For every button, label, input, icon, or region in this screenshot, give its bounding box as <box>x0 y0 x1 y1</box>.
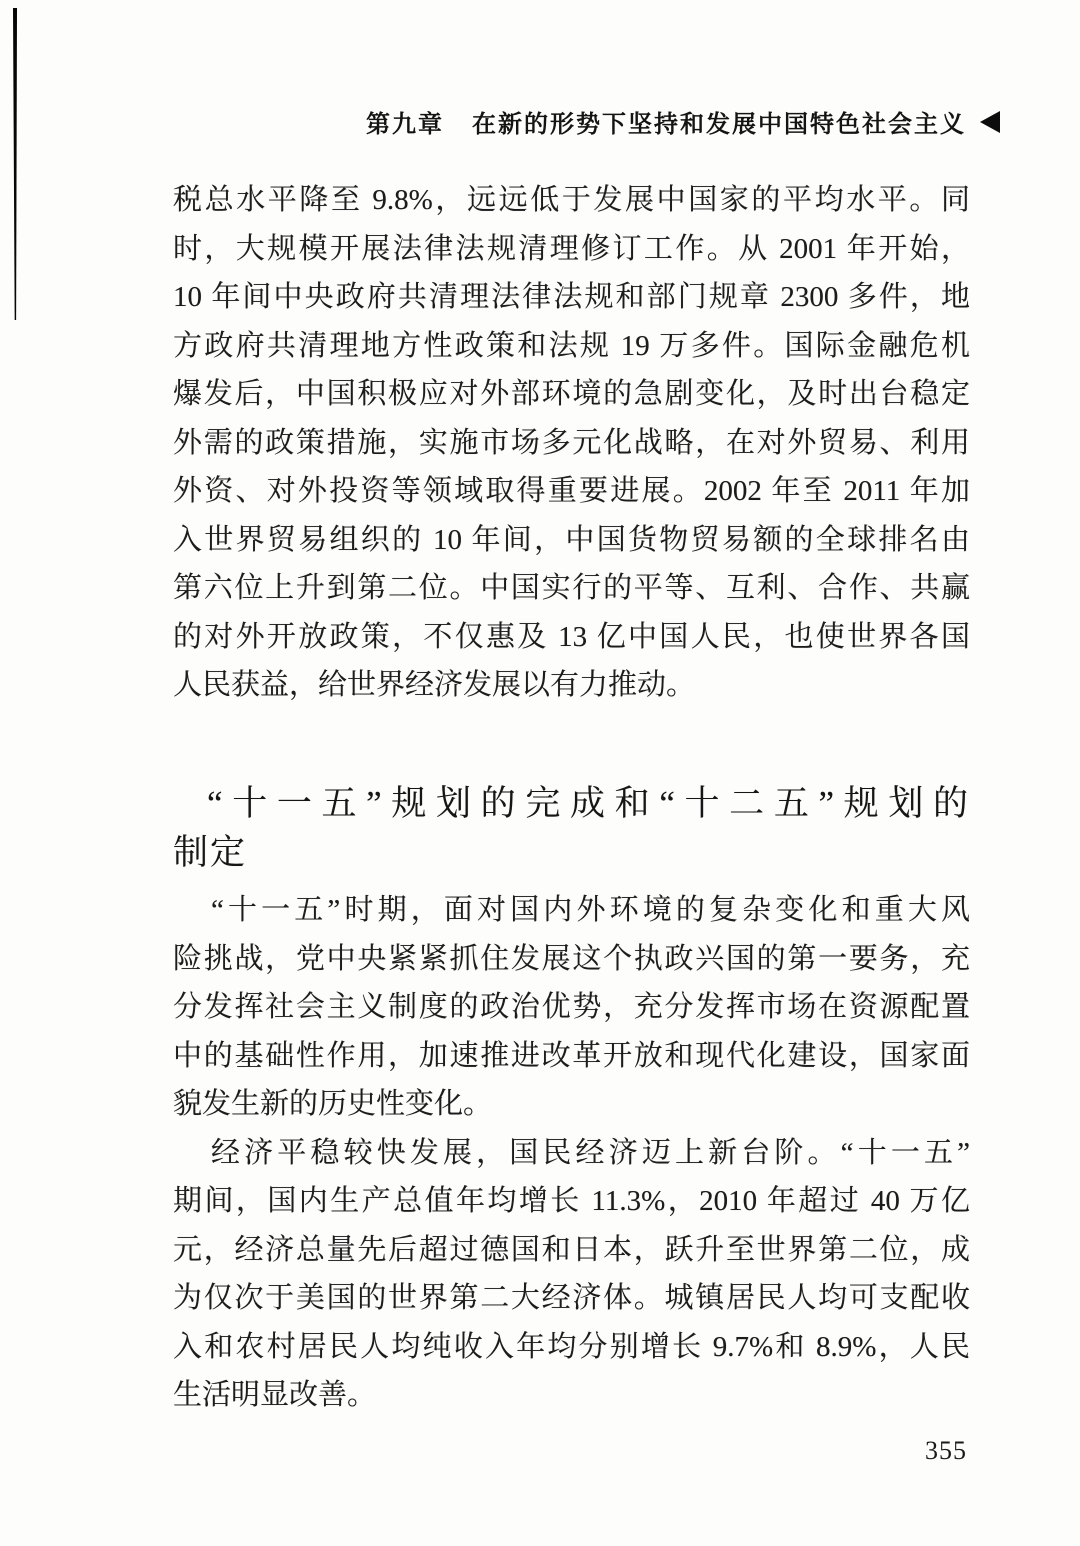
chapter-number: 第九章 <box>366 104 444 139</box>
text-line: 元，经济总量先后超过德国和日本，跃升至世界第二位，成 <box>173 1226 970 1275</box>
text-line: 经济平稳较快发展，国民经济迈上新台阶。“十一五” <box>173 1129 970 1178</box>
text-line: 外需的政策措施，实施市场多元化战略，在对外贸易、利用 <box>173 419 970 468</box>
text-line: 分发挥社会主义制度的政治优势，充分发挥市场在资源配置 <box>173 983 970 1032</box>
text-line: 貌发生新的历史性变化。 <box>173 1080 970 1129</box>
section-body: “十一五”时期，面对国内外环境的复杂变化和重大风 险挑战，党中央紧紧抓住发展这个… <box>173 886 970 1420</box>
text-line: 中的基础性作用，加速推进改革开放和现代化建设，国家面 <box>173 1032 970 1081</box>
book-page: 第九章 在新的形势下坚持和发展中国特色社会主义 税总水平降至 9.8%，远远低于… <box>0 0 1080 1546</box>
chapter-header: 第九章 在新的形势下坚持和发展中国特色社会主义 <box>366 104 1000 139</box>
text-line: 税总水平降至 9.8%，远远低于发展中国家的平均水平。同 <box>173 176 970 225</box>
text-line: 期间，国内生产总值年均增长 11.3%，2010 年超过 40 万亿 <box>173 1177 970 1226</box>
text-line: 外资、对外投资等领域取得重要进展。2002 年至 2011 年加 <box>173 467 970 516</box>
text-line: 第六位上升到第二位。中国实行的平等、互利、合作、共赢 <box>173 564 970 613</box>
text-line: 的对外开放政策，不仅惠及 13 亿中国人民，也使世界各国 <box>173 613 970 662</box>
text-line: 为仅次于美国的世界第二大经济体。城镇居民人均可支配收 <box>173 1274 970 1323</box>
text-line: “十一五”时期，面对国内外环境的复杂变化和重大风 <box>173 886 970 935</box>
text-line: 入世界贸易组织的 10 年间，中国货物贸易额的全球排名由 <box>173 516 970 565</box>
section-heading: “十一五”规划的完成和“十二五”规划的 制定 <box>173 779 970 876</box>
text-line: 时，大规模开展法律法规清理修订工作。从 2001 年开始， <box>173 225 970 274</box>
heading-line: “十一五”规划的完成和“十二五”规划的 <box>173 779 970 828</box>
chapter-title: 在新的形势下坚持和发展中国特色社会主义 <box>472 104 966 139</box>
heading-line: 制定 <box>173 828 970 877</box>
text-line: 人民获益，给世界经济发展以有力推动。 <box>173 661 970 710</box>
text-line: 爆发后，中国积极应对外部环境的急剧变化，及时出台稳定 <box>173 370 970 419</box>
text-line: 生活明显改善。 <box>173 1371 970 1420</box>
text-line: 10 年间中央政府共清理法律法规和部门规章 2300 多件，地 <box>173 273 970 322</box>
left-triangle-icon <box>980 111 1000 133</box>
binding-scan-line <box>13 8 17 320</box>
text-line: 入和农村居民人均纯收入年均分别增长 9.7%和 8.9%，人民 <box>173 1323 970 1372</box>
text-line: 方政府共清理地方性政策和法规 19 万多件。国际金融危机 <box>173 322 970 371</box>
page-number: 355 <box>925 1436 967 1466</box>
paragraph-continued: 税总水平降至 9.8%，远远低于发展中国家的平均水平。同 时，大规模开展法律法规… <box>173 176 970 710</box>
text-line: 险挑战，党中央紧紧抓住发展这个执政兴国的第一要务，充 <box>173 935 970 984</box>
